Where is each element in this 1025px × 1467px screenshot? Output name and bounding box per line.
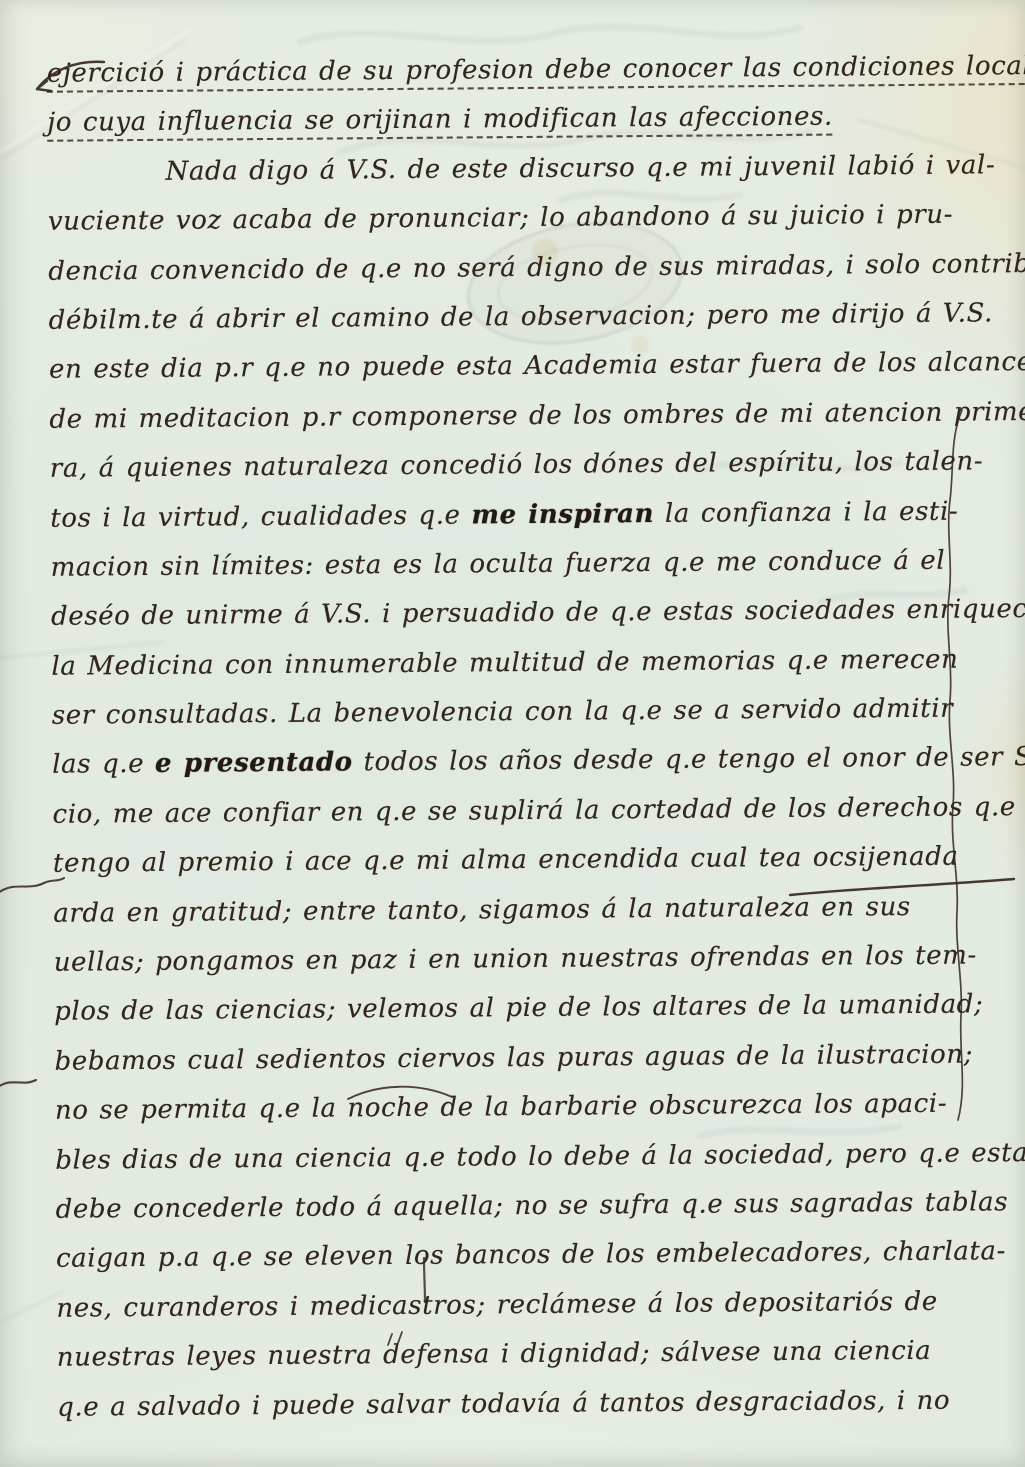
manuscript-page: ejercició i práctica de su profesion deb…: [0, 0, 1025, 1467]
manuscript-line-7: en este dia p.r q.e no puede esta Academ…: [49, 339, 994, 396]
paper-crease: [0, 1292, 62, 1322]
manuscript-line-19: uellas; pongamos en paz i en union nuest…: [54, 931, 999, 988]
left-margin-flourish: [0, 1080, 36, 1087]
manuscript-line-9: ra, á quienes naturaleza concedió los dó…: [50, 437, 995, 494]
manuscript-line-16: cio, me ace confiar en q.e se suplirá la…: [52, 783, 997, 840]
manuscript-line-17: tengo al premio i ace q.e mi alma encend…: [53, 833, 998, 890]
manuscript-line-23: bles dias de una ciencia q.e todo lo deb…: [55, 1129, 1000, 1186]
overwritten-correction: e presentado: [155, 748, 353, 780]
manuscript-line-25: caigan p.a q.e se eleven los bancos de l…: [56, 1228, 1001, 1285]
manuscript-line-5: dencia convencido de q.e no será digno d…: [48, 240, 993, 297]
manuscript-line-18: arda en gratitud; entre tanto, sigamos á…: [53, 882, 998, 939]
manuscript-line-2: jo cuya influencia se orijinan i modific…: [47, 92, 992, 149]
manuscript-line-22: no se permita q.e la noche de la barbari…: [55, 1079, 1000, 1136]
manuscript-line-21: bebamos cual sedientos ciervos las puras…: [54, 1030, 999, 1087]
manuscript-line-4: vuciente voz acaba de pronunciar; lo aba…: [48, 190, 993, 247]
manuscript-line-15: las q.e e presentado todos los años desd…: [52, 734, 997, 791]
manuscript-line-10: tos i la virtud, cualidades q.e me inspi…: [50, 487, 995, 544]
manuscript-line-20: plos de las ciencias; velemos al pie de …: [54, 981, 999, 1038]
manuscript-line-13: la Medicina con innumerable multitud de …: [51, 635, 996, 692]
manuscript-line-6: débilm.te á abrir el camino de la observ…: [49, 289, 994, 346]
manuscript-line-28: q.e a salvado i puede salvar todavía á t…: [57, 1376, 1002, 1433]
manuscript-line-27: nuestras leyes nuestra defensa i dignida…: [57, 1326, 1002, 1383]
manuscript-line-24: debe concederle todo á aquella; no se su…: [56, 1178, 1001, 1235]
manuscript-line-11: macion sin límites: esta es la oculta fu…: [50, 536, 995, 593]
manuscript-line-26: nes, curanderos i medicastros; reclámese…: [56, 1277, 1001, 1334]
manuscript-line-12: deséo de unirme á V.S. i persuadido de q…: [51, 586, 996, 643]
overwritten-correction: me inspiran: [471, 498, 654, 529]
manuscript-line-1: ejercició i práctica de su profesion deb…: [47, 42, 992, 99]
manuscript-line-3: Nada digo á V.S. de este discurso q.e mi…: [47, 141, 992, 198]
manuscript-line-14: ser consultadas. La benevolencia con la …: [52, 684, 997, 741]
manuscript-line-8: de mi meditacion p.r componerse de los o…: [49, 388, 994, 445]
ghost-stroke: [300, 27, 800, 42]
manuscript-text: ejercició i práctica de su profesion deb…: [47, 42, 1003, 1432]
